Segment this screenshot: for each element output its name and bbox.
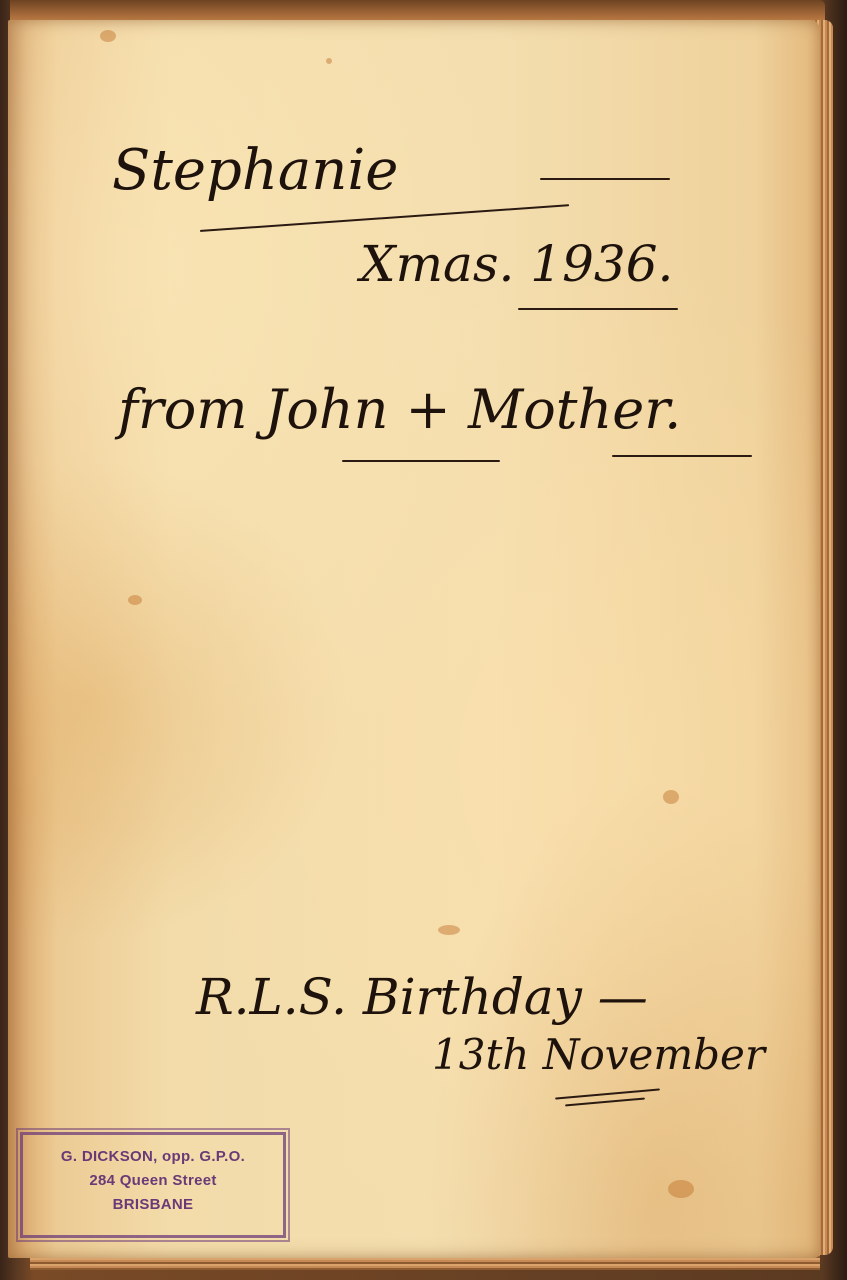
inscription-name: Stephanie <box>112 138 398 203</box>
inscription-from: from John + Mother. <box>118 378 681 441</box>
foxing-spot <box>100 30 116 42</box>
date-underline <box>518 308 678 310</box>
foxing-spot <box>128 595 142 605</box>
stamp-line-3: BRISBANE <box>23 1193 283 1217</box>
stamp-line-1: G. DICKSON, opp. G.P.O. <box>23 1145 283 1169</box>
inscription-occasion: Xmas. 1936. <box>360 235 673 293</box>
foxing-spot <box>668 1180 694 1198</box>
foxing-spot <box>326 58 332 64</box>
note-birthday: R.L.S. Birthday — <box>196 968 648 1026</box>
foxing-spot <box>663 790 679 804</box>
mother-underline <box>612 455 752 457</box>
bookseller-stamp: G. DICKSON, opp. G.P.O. 284 Queen Street… <box>20 1132 286 1238</box>
foxing-spot <box>438 925 460 935</box>
stamp-line-2: 284 Queen Street <box>23 1169 283 1193</box>
flourish-dash <box>540 178 670 180</box>
note-date: 13th November <box>432 1030 765 1079</box>
john-underline <box>342 460 500 462</box>
